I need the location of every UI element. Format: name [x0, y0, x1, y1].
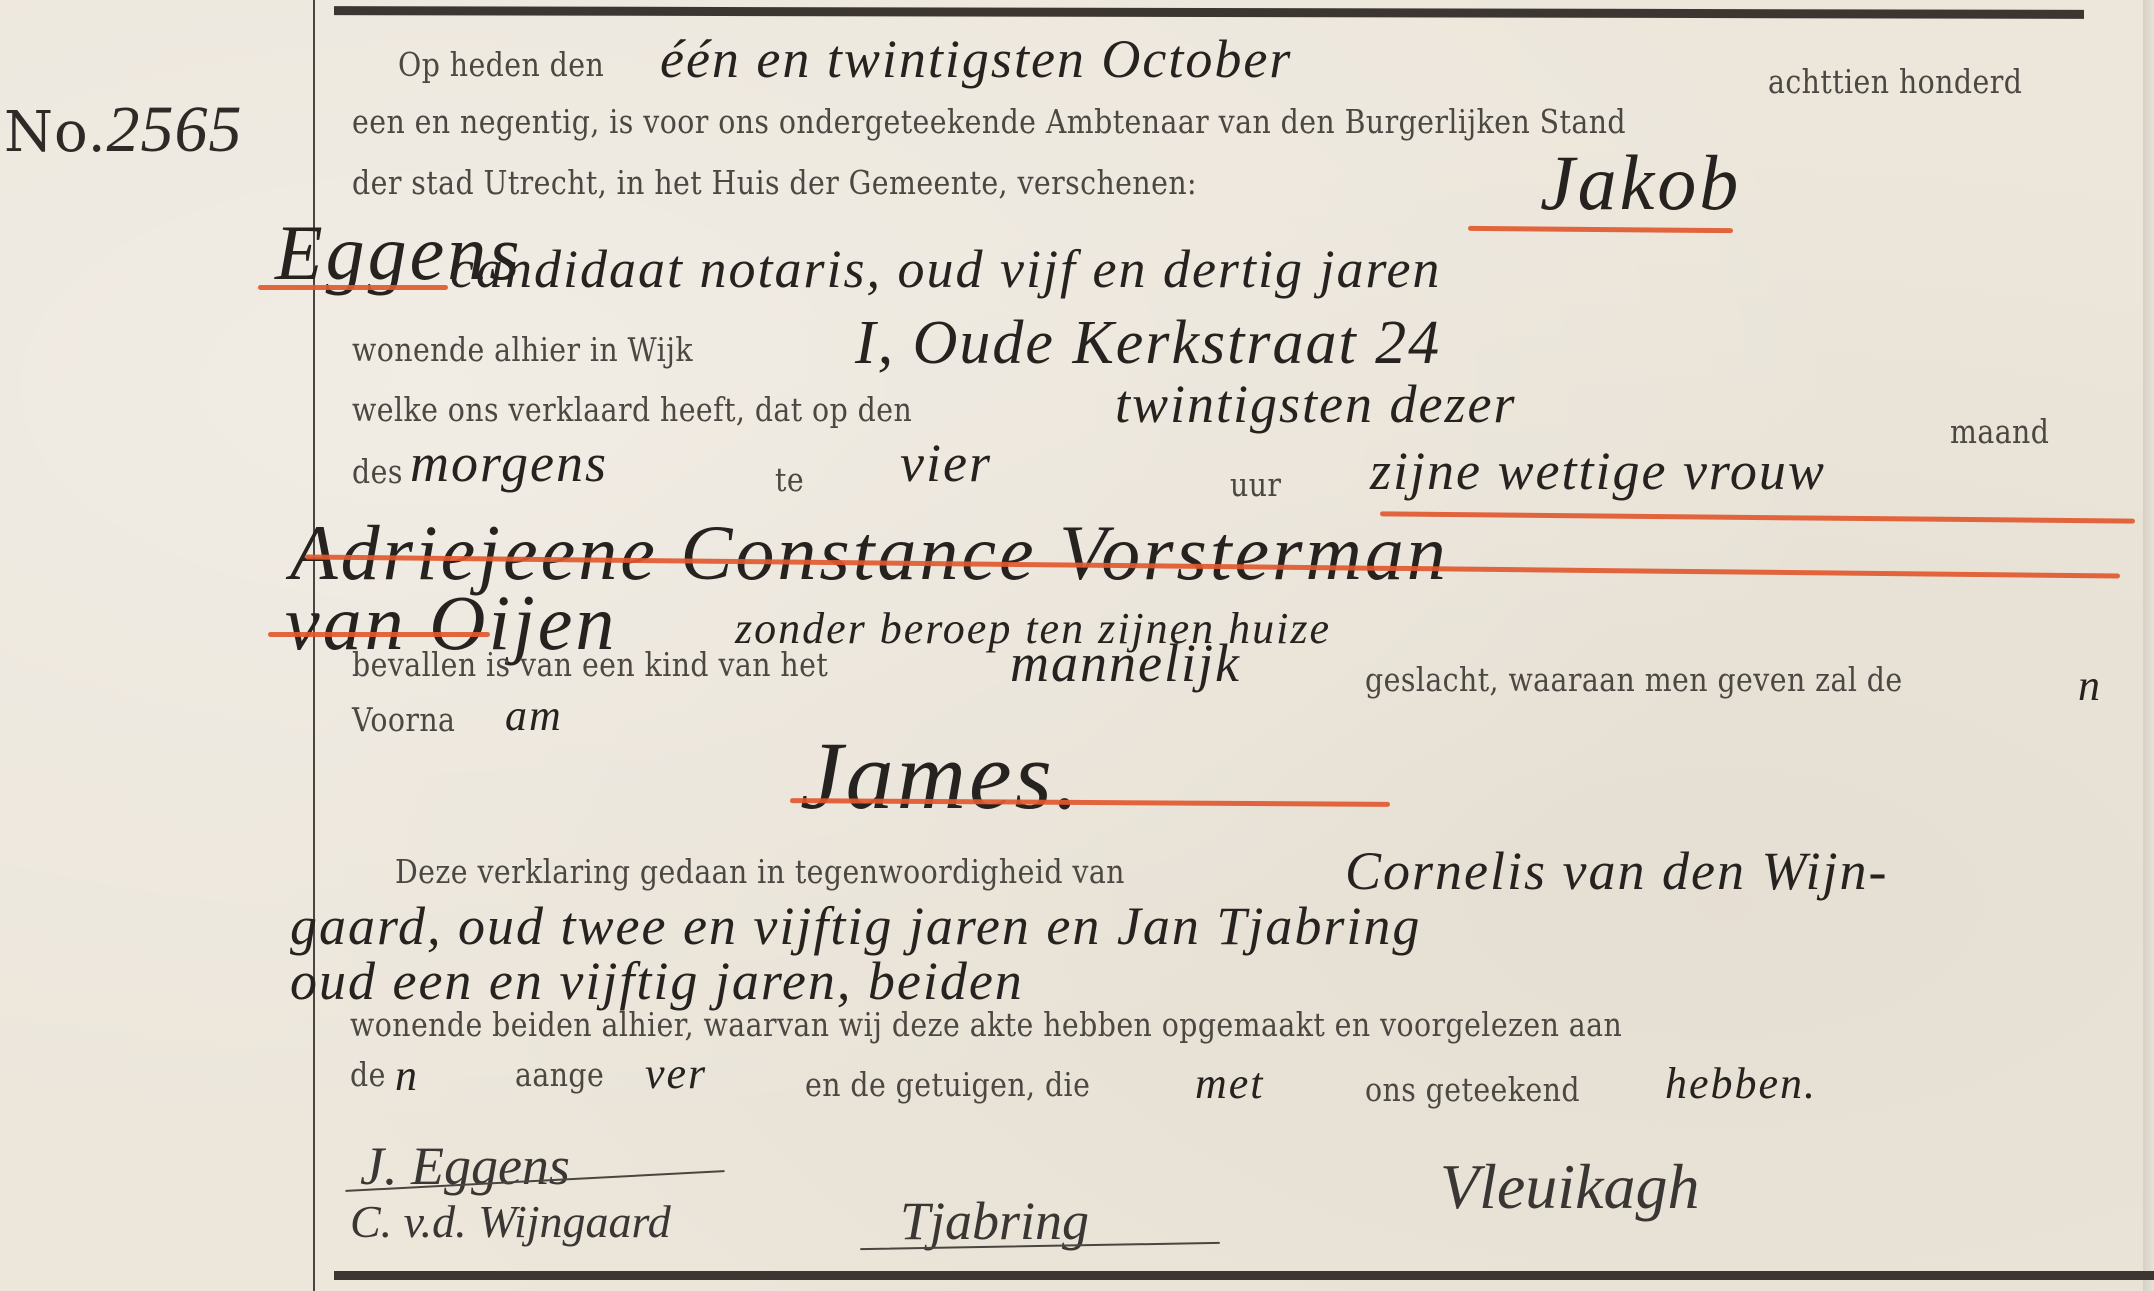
printed-line-1a: Op heden den: [398, 45, 604, 84]
signature-registrar: Vleuikagh: [1440, 1150, 1699, 1224]
father-first-name: Jakob: [1540, 138, 1741, 228]
declarant-suffix-2: ver: [645, 1048, 707, 1099]
birth-day: twintigsten dezer: [1115, 373, 1516, 435]
printed-line-7a: des: [352, 452, 403, 491]
printed-line-10a: bevallen is van een kind van het: [352, 645, 828, 684]
entry-number-value: 2565: [107, 93, 243, 166]
printed-line-1b: achttien honderd: [1768, 62, 2022, 101]
printed-line-6b: maand: [1950, 412, 2049, 451]
with-word: met: [1195, 1058, 1265, 1109]
father-details: candidaat notaris, oud vijf en dertig ja…: [450, 238, 1441, 300]
printed-line-7b: te: [775, 460, 804, 499]
hour: vier: [900, 432, 992, 494]
printed-line-16: wonende beiden alhier, waarvan wij deze …: [350, 1005, 1622, 1044]
signed-word: hebben.: [1665, 1058, 1817, 1109]
printed-line-11: Voorna: [352, 700, 455, 739]
declarant-suffix-1: n: [395, 1050, 419, 1101]
child-name: James.: [800, 720, 1082, 831]
printed-line-5: wonende alhier in Wijk: [352, 330, 693, 369]
signature-witness-2: Tjabring: [900, 1190, 1089, 1252]
birth-certificate-page: No.2565 Op heden den één en twintigsten …: [0, 0, 2154, 1291]
signature-witness-1: C. v.d. Wijngaard: [350, 1195, 671, 1248]
witness-line-2: gaard, oud twee en vijftig jaren en Jan …: [290, 895, 1421, 957]
printed-line-17c: en de getuigen, die: [805, 1065, 1090, 1104]
witness-1: Cornelis van den Wijn-: [1345, 840, 1888, 902]
underline-father-surname: [258, 285, 448, 290]
entry-number-prefix: No.: [4, 100, 107, 165]
underline-father-first-name: [1468, 226, 1733, 233]
witness-line-3: oud een en vijftig jaren, beiden: [290, 950, 1024, 1012]
printed-line-6a: welke ons verklaard heeft, dat op den: [352, 390, 912, 429]
printed-line-17b: aange: [515, 1055, 604, 1094]
page-edge: [2143, 0, 2154, 1291]
printed-line-17d: ons geteekend: [1365, 1070, 1580, 1109]
printed-line-2: een en negentig, is voor ons ondergeteek…: [352, 102, 1626, 141]
printed-line-13: Deze verklaring gedaan in tegenwoordighe…: [395, 852, 1125, 891]
den-suffix: n: [2078, 660, 2102, 711]
handwritten-date: één en twintigsten October: [660, 28, 1292, 90]
printed-line-7c: uur: [1230, 465, 1281, 504]
bottom-rule: [334, 1271, 2154, 1280]
time-of-day: morgens: [410, 432, 608, 494]
relation: zijne wettige vrouw: [1370, 440, 1826, 502]
entry-number: No.2565: [4, 92, 243, 168]
ward-address: I, Oude Kerkstraat 24: [855, 308, 1441, 379]
printed-line-17a: de: [350, 1055, 386, 1094]
underline-relation: [1380, 511, 2135, 523]
top-rule: [334, 6, 2084, 19]
printed-line-10b: geslacht, waaraan men geven zal de: [1365, 660, 1903, 699]
underline-mother-name-2: [268, 632, 490, 637]
voornaam-suffix: am: [505, 690, 563, 741]
sex: mannelijk: [1010, 632, 1241, 694]
printed-line-3: der stad Utrecht, in het Huis der Gemeen…: [352, 163, 1197, 202]
